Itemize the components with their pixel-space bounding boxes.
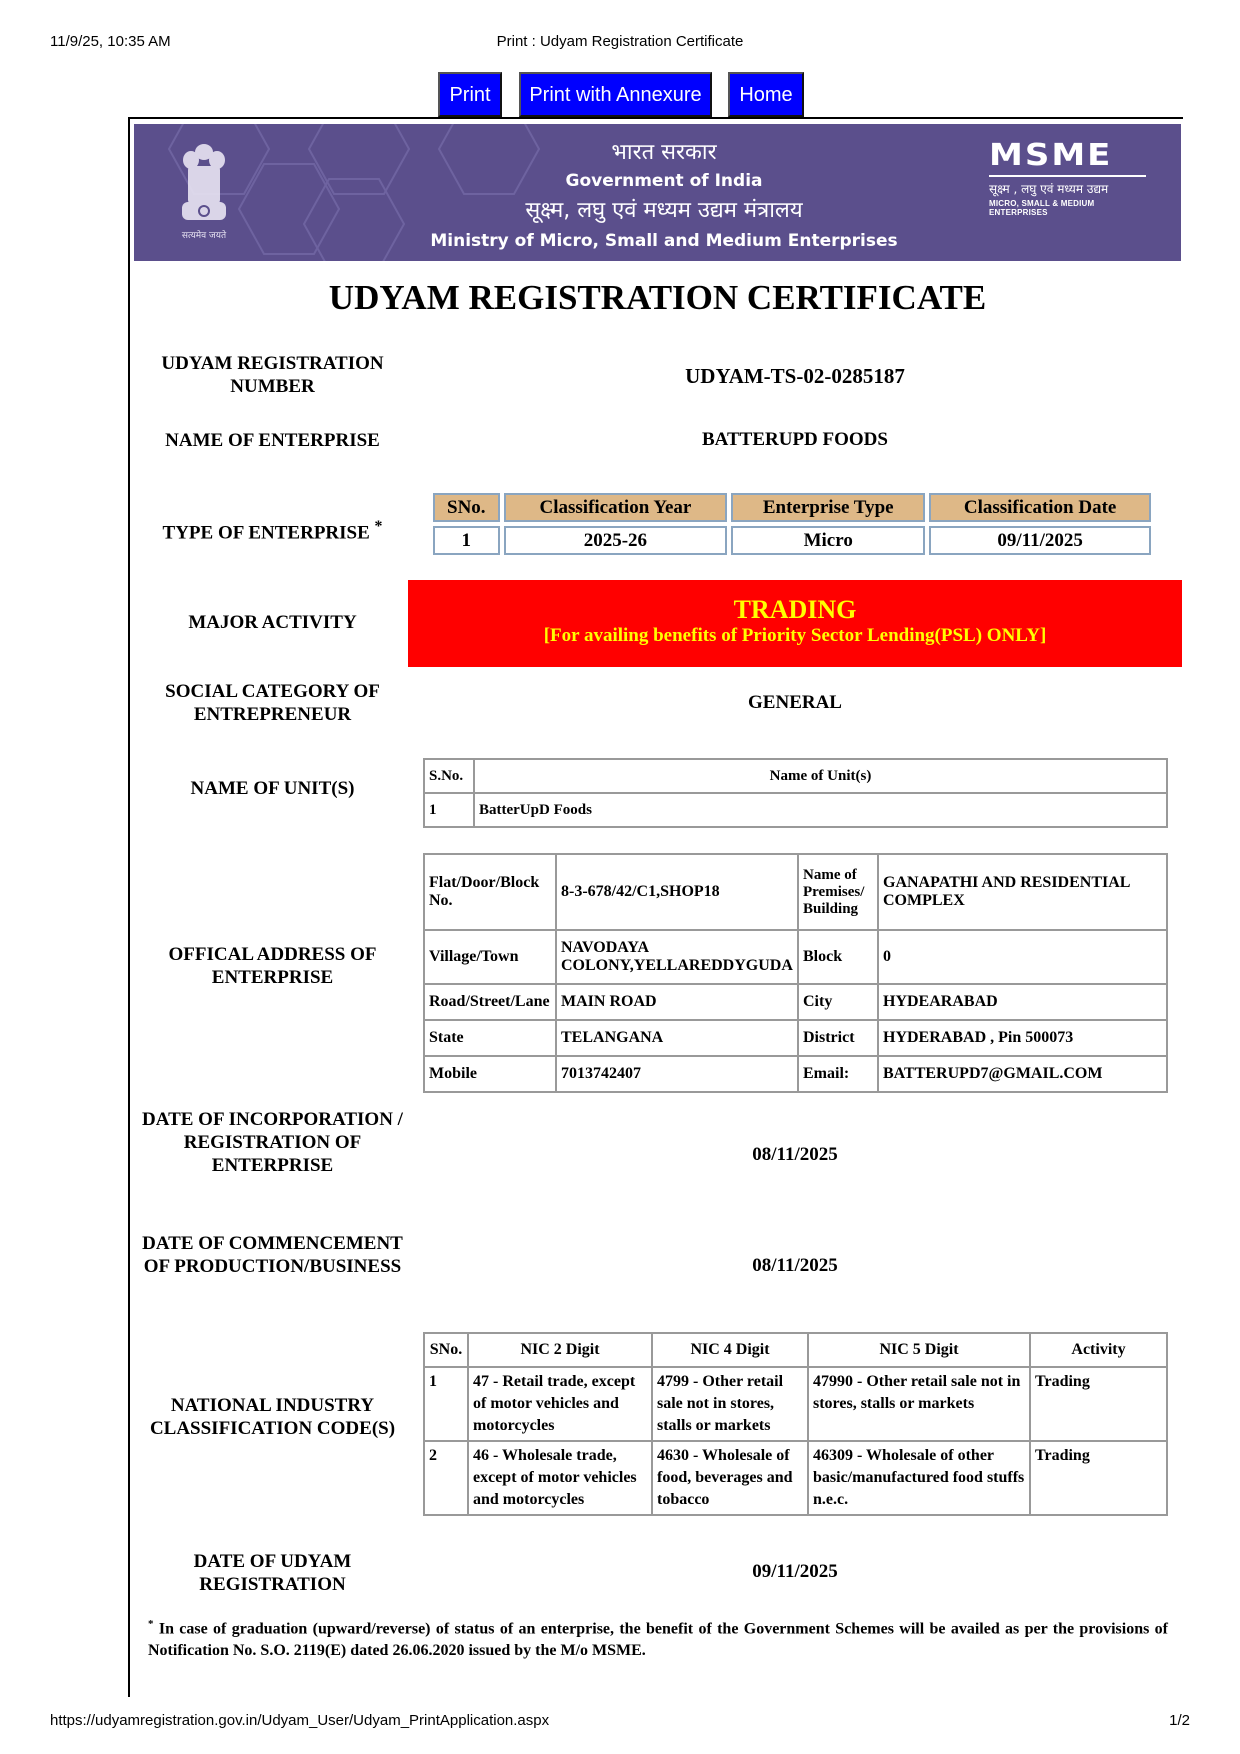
- table-cell: Trading: [1030, 1367, 1167, 1441]
- social-category-value: GENERAL: [410, 692, 1180, 714]
- print-page-title: Print : Udyam Registration Certificate: [0, 33, 1240, 50]
- address-field-value: 0: [878, 930, 1167, 984]
- units-label: NAME OF UNIT(S): [140, 777, 405, 800]
- footnote: * In case of graduation (upward/reverse)…: [148, 1613, 1168, 1662]
- table-cell: Trading: [1030, 1441, 1167, 1515]
- address-row: Flat/Door/Block No.8-3-678/42/C1,SHOP18N…: [424, 854, 1167, 930]
- print-url: https://udyamregistration.gov.in/Udyam_U…: [50, 1712, 549, 1729]
- table-cell: 4799 - Other retail sale not in stores, …: [652, 1367, 808, 1441]
- table-cell: 46 - Wholesale trade, except of motor ve…: [468, 1441, 652, 1515]
- udyam-date-label: DATE OF UDYAM REGISTRATION: [140, 1550, 405, 1596]
- table-cell: 4630 - Wholesale of food, beverages and …: [652, 1441, 808, 1515]
- address-row: Mobile7013742407Email:BATTERUPD7@GMAIL.C…: [424, 1056, 1167, 1092]
- table-header: NIC 2 Digit: [468, 1333, 652, 1367]
- table-row: 1BatterUpD Foods: [424, 793, 1167, 827]
- table-cell: 2025-26: [504, 526, 728, 555]
- table-header: Enterprise Type: [731, 493, 925, 522]
- address-field-label: Mobile: [424, 1056, 556, 1092]
- address-field-label: City: [798, 984, 878, 1020]
- enterprise-name-value: BATTERUPD FOODS: [410, 429, 1180, 451]
- table-cell: Micro: [731, 526, 925, 555]
- nic-table: SNo.NIC 2 DigitNIC 4 DigitNIC 5 DigitAct…: [423, 1332, 1168, 1516]
- msme-logo-text: MSME: [989, 140, 1149, 171]
- table-cell: 46309 - Wholesale of other basic/manufac…: [808, 1441, 1030, 1515]
- major-activity-value: TRADING: [408, 596, 1182, 624]
- address-field-value: TELANGANA: [556, 1020, 798, 1056]
- banner-bharat-sarkar: भारत सरकार: [384, 136, 944, 166]
- certificate-frame-left-border: [128, 117, 130, 1697]
- table-cell: 1: [424, 793, 474, 827]
- major-activity-label: MAJOR ACTIVITY: [140, 611, 405, 634]
- national-emblem-icon: सत्यमेव जयते: [174, 138, 234, 248]
- major-activity-box: TRADING [For availing benefits of Priori…: [408, 580, 1182, 667]
- banner-ministry-hindi: सूक्ष्म, लघु एवं मध्यम उद्यम मंत्रालय: [384, 194, 944, 224]
- address-row: Road/Street/LaneMAIN ROADCityHYDEARABAD: [424, 984, 1167, 1020]
- address-field-value: 7013742407: [556, 1056, 798, 1092]
- address-row: Village/TownNAVODAYA COLONY,YELLAREDDYGU…: [424, 930, 1167, 984]
- address-field-label: Village/Town: [424, 930, 556, 984]
- print-page-number: 1/2: [1169, 1712, 1190, 1729]
- msme-logo-hindi: सूक्ष्म , लघु एवं मध्यम उद्यम: [989, 180, 1149, 197]
- msme-logo: MSME सूक्ष्म , लघु एवं मध्यम उद्यम MICRO…: [989, 138, 1149, 217]
- table-cell: 47 - Retail trade, except of motor vehic…: [468, 1367, 652, 1441]
- print-button[interactable]: Print: [438, 72, 502, 117]
- table-header: Classification Year: [504, 493, 728, 522]
- banner-ministry-english: Ministry of Micro, Small and Medium Ente…: [384, 231, 944, 251]
- table-header: Classification Date: [929, 493, 1151, 522]
- ministry-banner: सत्यमेव जयते भारत सरकार Government of In…: [134, 124, 1181, 261]
- enterprise-name-label: NAME OF ENTERPRISE: [140, 429, 405, 452]
- banner-government-of-india: Government of India: [384, 171, 944, 191]
- table-cell: 47990 - Other retail sale not in stores,…: [808, 1367, 1030, 1441]
- udyam-date-value: 09/11/2025: [410, 1561, 1180, 1583]
- incorporation-date-label: DATE OF INCORPORATION / REGISTRATION OF …: [140, 1108, 405, 1177]
- table-header: NIC 4 Digit: [652, 1333, 808, 1367]
- enterprise-type-label: TYPE OF ENTERPRISE *: [140, 515, 405, 544]
- msme-logo-english: MICRO, SMALL & MEDIUM ENTERPRISES: [989, 199, 1149, 217]
- incorporation-date-value: 08/11/2025: [410, 1144, 1180, 1166]
- table-header: SNo.: [424, 1333, 468, 1367]
- address-field-label: Road/Street/Lane: [424, 984, 556, 1020]
- major-activity-note: [For availing benefits of Priority Secto…: [408, 624, 1182, 648]
- commencement-date-value: 08/11/2025: [410, 1255, 1180, 1277]
- certificate-title: UDYAM REGISTRATION CERTIFICATE: [134, 278, 1181, 318]
- address-field-value: NAVODAYA COLONY,YELLAREDDYGUDA: [556, 930, 798, 984]
- table-cell: 1: [433, 526, 500, 555]
- table-row: 246 - Wholesale trade, except of motor v…: [424, 1441, 1167, 1515]
- registration-number-value: UDYAM-TS-02-0285187: [410, 364, 1180, 389]
- commencement-date-label: DATE OF COMMENCEMENT OF PRODUCTION/BUSIN…: [140, 1232, 405, 1278]
- table-header: Activity: [1030, 1333, 1167, 1367]
- table-header: SNo.: [433, 493, 500, 522]
- table-cell: 1: [424, 1367, 468, 1441]
- address-field-label: Name of Premises/ Building: [798, 854, 878, 930]
- table-header: Name of Unit(s): [474, 759, 1167, 793]
- print-with-annexure-button[interactable]: Print with Annexure: [519, 72, 712, 117]
- table-cell: BatterUpD Foods: [474, 793, 1167, 827]
- units-table: S.No.Name of Unit(s) 1BatterUpD Foods: [423, 758, 1168, 828]
- social-category-label: SOCIAL CATEGORY OF ENTREPRENEUR: [140, 680, 405, 726]
- footnote-marker: *: [375, 518, 383, 535]
- msme-logo-rule: [989, 175, 1146, 177]
- table-row: 12025-26Micro09/11/2025: [433, 526, 1151, 555]
- address-field-value: GANAPATHI AND RESIDENTIAL COMPLEX: [878, 854, 1167, 930]
- address-field-value: HYDEARABAD: [878, 984, 1167, 1020]
- address-field-label: Block: [798, 930, 878, 984]
- address-label: OFFICAL ADDRESS OF ENTERPRISE: [140, 943, 405, 989]
- certificate-frame-top-border: [128, 117, 1183, 119]
- nic-label: NATIONAL INDUSTRY CLASSIFICATION CODE(S): [140, 1394, 405, 1440]
- address-field-value: HYDERABAD , Pin 500073: [878, 1020, 1167, 1056]
- address-field-label: State: [424, 1020, 556, 1056]
- table-row: 147 - Retail trade, except of motor vehi…: [424, 1367, 1167, 1441]
- address-field-label: Email:: [798, 1056, 878, 1092]
- address-row: StateTELANGANADistrictHYDERABAD , Pin 50…: [424, 1020, 1167, 1056]
- address-field-value: BATTERUPD7@GMAIL.COM: [878, 1056, 1167, 1092]
- address-field-value: MAIN ROAD: [556, 984, 798, 1020]
- table-header: NIC 5 Digit: [808, 1333, 1030, 1367]
- table-header: S.No.: [424, 759, 474, 793]
- registration-number-label: UDYAM REGISTRATION NUMBER: [140, 352, 405, 398]
- address-field-label: District: [798, 1020, 878, 1056]
- table-cell: 2: [424, 1441, 468, 1515]
- address-field-label: Flat/Door/Block No.: [424, 854, 556, 930]
- svg-text:सत्यमेव जयते: सत्यमेव जयते: [182, 229, 227, 241]
- enterprise-type-table: SNo.Classification YearEnterprise TypeCl…: [429, 489, 1155, 559]
- home-button[interactable]: Home: [728, 72, 804, 117]
- table-cell: 09/11/2025: [929, 526, 1151, 555]
- address-table: Flat/Door/Block No.8-3-678/42/C1,SHOP18N…: [423, 853, 1168, 1093]
- address-field-value: 8-3-678/42/C1,SHOP18: [556, 854, 798, 930]
